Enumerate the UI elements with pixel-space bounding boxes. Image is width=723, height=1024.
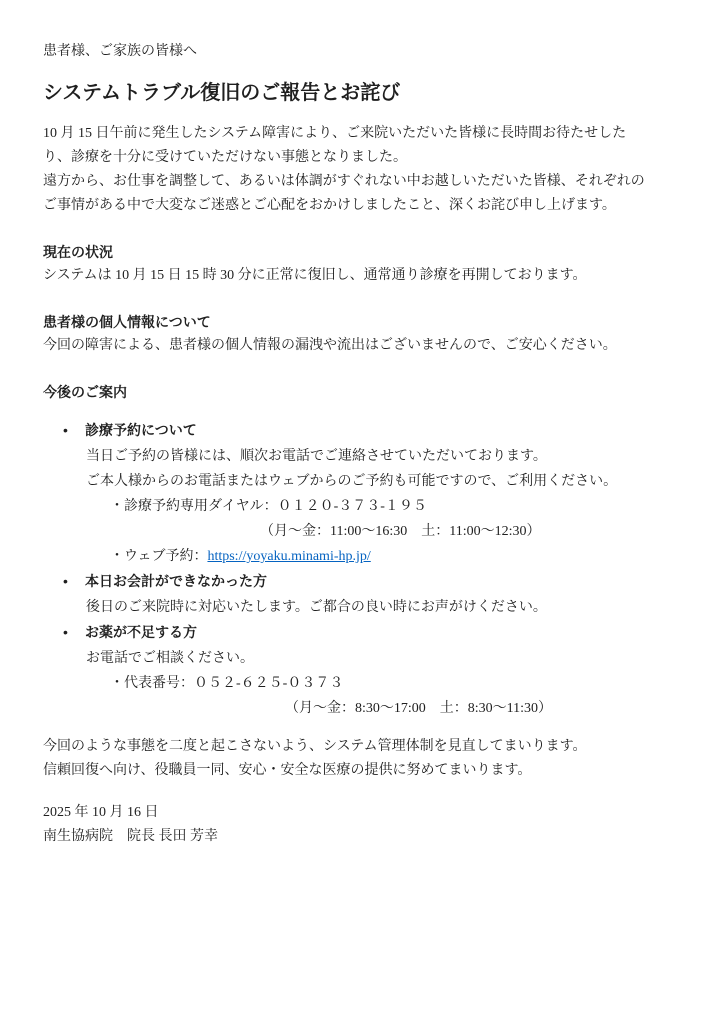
list-item-text: お電話でご相談ください。 (43, 646, 683, 671)
bullet-icon: • (63, 418, 68, 443)
intro-paragraph: 10 月 15 日午前に発生したシステム障害により、ご来院いただいた皆様に長時間… (43, 122, 683, 218)
page-title: システムトラブル復旧のご報告とお詫び (43, 78, 683, 108)
bullet-icon: • (63, 620, 68, 645)
web-reservation-label: ・ウェブ予約： (110, 549, 207, 564)
section-body: システムは 10 月 15 日 15 時 30 分に正常に復旧し、通常通り診療を… (43, 264, 683, 288)
list-item-text: 後日のご来院時に対応いたします。ご都合の良い時にお声がけください。 (43, 595, 683, 620)
closing-line: 今回のような事態を二度と起こさないよう、システム管理体制を見直してまいります。 (43, 735, 683, 759)
intro-line: 遠方から、お仕事を調整して、あるいは体調がすぐれない中お越しいただいた皆様、それ… (43, 170, 683, 194)
section-heading: 患者様の個人情報について (43, 310, 683, 334)
main-phone-hours: （月～金：8:30～17:00 土：8:30～11:30） (43, 696, 683, 721)
section-body: 今回の障害による、患者様の個人情報の漏洩や流出はございませんので、ご安心ください… (43, 334, 683, 358)
main-phone-number: ・代表番号：０５２-６２５-０３７３ (43, 671, 683, 696)
list-item-text: 当日ご予約の皆様には、順次お電話でご連絡させていただいております。 (43, 444, 683, 469)
list-item-title: 本日お会計ができなかった方 (85, 573, 267, 589)
list-item-text: ご本人様からのお電話またはウェブからのご予約も可能ですので、ご利用ください。 (43, 469, 683, 494)
closing-line: 信頼回復へ向け、役職員一同、安心・安全な医療の提供に努めてまいります。 (43, 759, 683, 783)
section-heading: 今後のご案内 (43, 380, 683, 404)
bullet-icon: • (63, 569, 68, 594)
intro-line: ご事情がある中で大変なご迷惑とご心配をおかけしましたこと、深くお詫び申し上げます… (43, 194, 683, 218)
notice-document: 患者様、ご家族の皆様へ システムトラブル復旧のご報告とお詫び 10 月 15 日… (0, 0, 723, 1024)
intro-line: 10 月 15 日午前に発生したシステム障害により、ご来院いただいた皆様に長時間… (43, 122, 683, 146)
list-item-reservation: • 診療予約について 当日ご予約の皆様には、順次お電話でご連絡させていただいてお… (43, 418, 683, 569)
web-reservation-link[interactable]: https://yoyaku.minami-hp.jp/ (207, 549, 370, 564)
list-item-payment: • 本日お会計ができなかった方 後日のご来院時に対応いたします。ご都合の良い時に… (43, 569, 683, 620)
reservation-dial-number: ・診療予約専用ダイヤル：０１２０-３７３-１９５ (43, 494, 683, 519)
web-reservation-line: ・ウェブ予約：https://yoyaku.minami-hp.jp/ (43, 544, 683, 569)
intro-line: り、診療を十分に受けていただけない事態となりました。 (43, 146, 683, 170)
salutation: 患者様、ご家族の皆様へ (43, 42, 683, 62)
list-item-title: 診療予約について (85, 422, 197, 438)
reservation-dial-hours: （月～金：11:00～16:30 土：11:00～12:30） (43, 519, 683, 544)
section-current-status: 現在の状況 システムは 10 月 15 日 15 時 30 分に正常に復旧し、通… (43, 240, 683, 288)
closing-paragraph: 今回のような事態を二度と起こさないよう、システム管理体制を見直してまいります。 … (43, 735, 683, 783)
section-personal-info: 患者様の個人情報について 今回の障害による、患者様の個人情報の漏洩や流出はござい… (43, 310, 683, 358)
signature: 南生協病院 院長 長田 芳幸 (43, 825, 683, 849)
list-item-title: お薬が不足する方 (85, 624, 197, 640)
list-item-medicine: • お薬が不足する方 お電話でご相談ください。 ・代表番号：０５２-６２５-０３… (43, 620, 683, 721)
section-heading: 現在の状況 (43, 240, 683, 264)
guidance-list: • 診療予約について 当日ご予約の皆様には、順次お電話でご連絡させていただいてお… (43, 418, 683, 721)
section-guidance: 今後のご案内 • 診療予約について 当日ご予約の皆様には、順次お電話でご連絡させ… (43, 380, 683, 721)
document-date: 2025 年 10 月 16 日 (43, 801, 683, 825)
